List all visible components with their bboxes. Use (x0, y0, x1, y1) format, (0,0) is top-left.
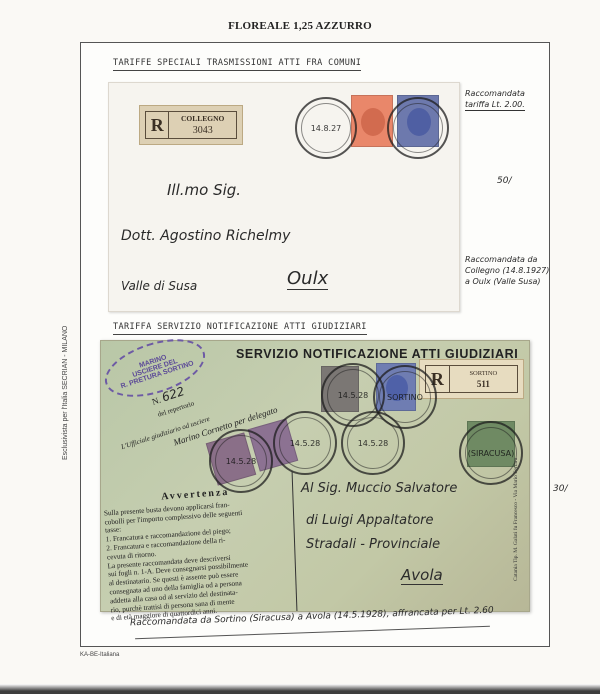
printer-imprint: Catania Tip. M. Galati fu Francesco - Vi… (513, 458, 519, 581)
registration-number: 3043 (193, 125, 213, 136)
footer-brand: KA-BE-Italiana (80, 652, 119, 658)
registration-label: R COLLEGNO 3043 (139, 105, 243, 145)
cover1-description: Raccomandata da Collegno (14.8.1927) a O… (465, 254, 549, 287)
section2-heading: TARIFFA SERVIZIO NOTIFICAZIONE ATTI GIUD… (113, 322, 367, 335)
postmark-collegno: 14.8.27 (295, 97, 357, 159)
price-section1: 50/ (497, 176, 511, 186)
tariff-note-line: tariffa Lt. 2.00. (465, 99, 525, 111)
registration-town: SORTINO (469, 370, 497, 377)
form-number-label: N. (151, 395, 162, 407)
address-line-4: Valle di Susa (121, 279, 197, 293)
cover-sortino: SERVIZIO NOTIFICAZIONE ATTI GIUDIZIARI M… (100, 340, 530, 612)
registration-letter: R (146, 112, 169, 138)
address-line-2: Dott. Agostino Richelmy (121, 228, 290, 244)
registration-number: 511 (477, 379, 490, 389)
cover1-description-line: Collegno (14.8.1927) (465, 265, 549, 276)
page-title: FLOREALE 1,25 AZZURRO (0, 20, 600, 32)
tariff-note: Raccomandata tariffa Lt. 2.00. (465, 88, 525, 111)
address-line-4: Avola (401, 566, 443, 585)
address-line-1: Al Sig. Muccio Salvatore (301, 481, 457, 496)
address-line-3: Stradali - Provinciale (306, 537, 440, 552)
page-edge-shadow (0, 684, 600, 694)
postmark-collegno-2 (387, 97, 449, 159)
postmark-sortino-2: 14.5.28 (273, 411, 337, 475)
registration-town: COLLEGNO (181, 114, 224, 123)
avvertenza-block: Avvertenza Sulla presente busta devono a… (103, 485, 296, 624)
postmark-sortino-5: SORTINO (373, 365, 437, 429)
tariff-note-line: Raccomandata (465, 88, 525, 99)
address-line-3: Oulx (287, 268, 328, 290)
postmark-sortino-1: 14.5.28 (209, 429, 273, 493)
publisher-side-text: Esclusivista per l'Italia SECRIAN - MILA… (62, 240, 72, 460)
price-section2: 30/ (553, 484, 567, 494)
cover1-description-line: Raccomandata da (465, 254, 549, 265)
cover-collegno: R COLLEGNO 3043 14.8.27 Ill.mo Sig. Dott… (108, 82, 460, 312)
section1-heading: TARIFFE SPECIALI TRASMISSIONI ATTI FRA C… (113, 58, 361, 71)
cover1-description-line: a Oulx (Valle Susa) (465, 276, 549, 287)
address-line-2: di Luigi Appaltatore (306, 513, 434, 528)
address-line-1: Ill.mo Sig. (167, 181, 241, 199)
